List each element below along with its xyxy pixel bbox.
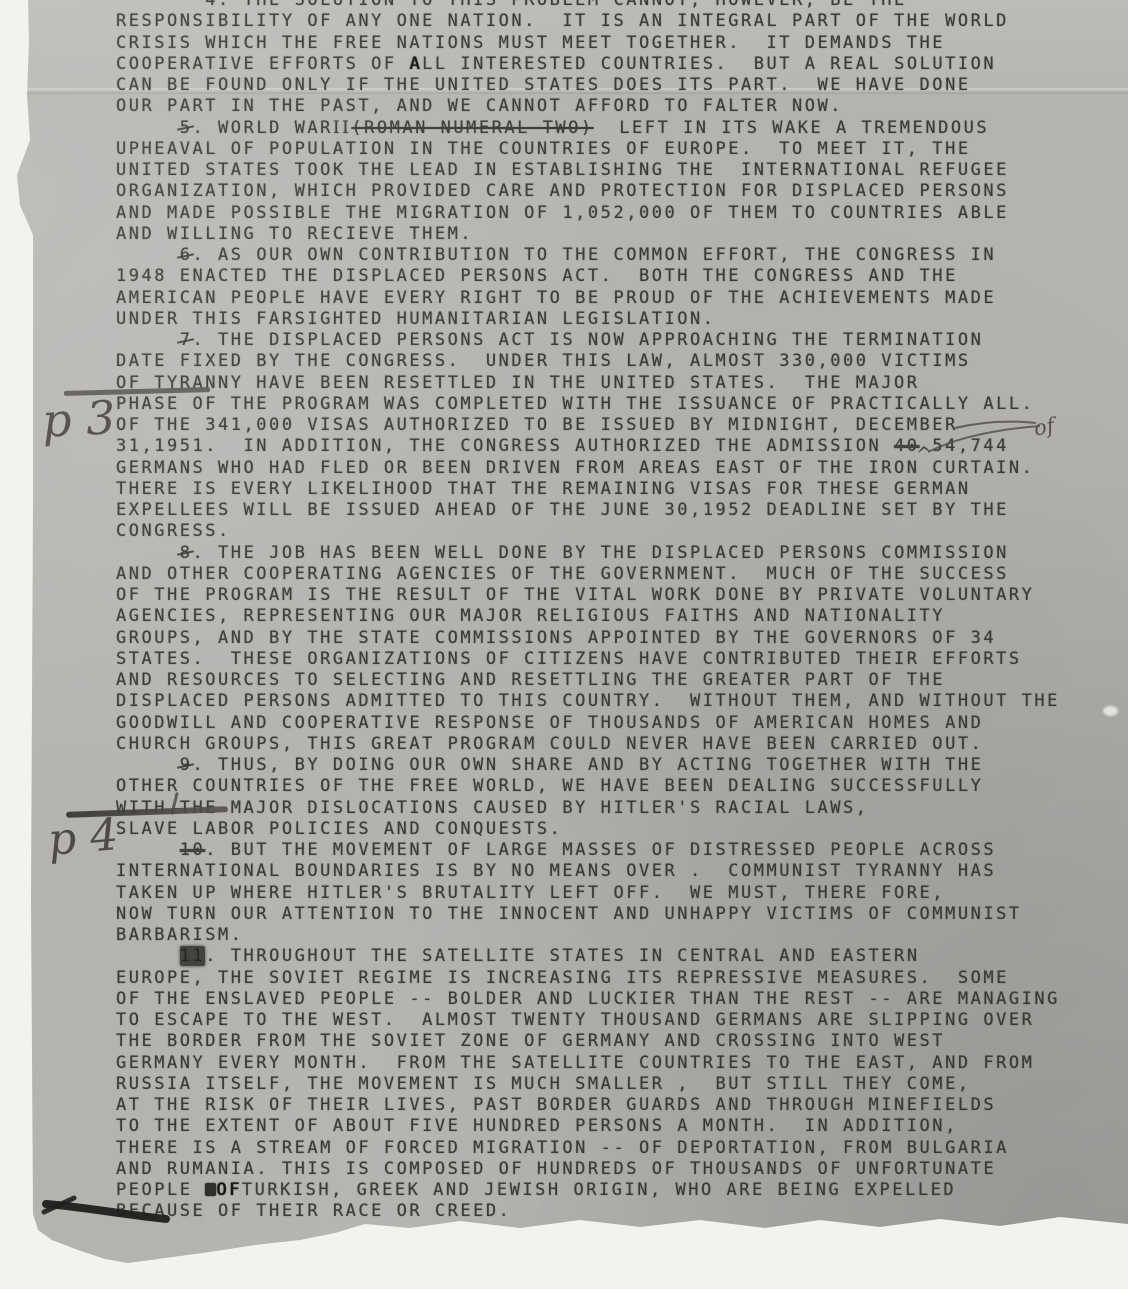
typed-text: TO THE EXTENT OF ABOUT FIVE HUNDRED PERS… — [116, 1116, 958, 1136]
typed-text: EXPELLEES WILL BE ISSUED AHEAD OF THE JU… — [116, 500, 1009, 520]
typed-line: CONGRESS. — [116, 521, 1060, 542]
typed-line: OF THE ENSLAVED PEOPLE -- BOLDER AND LUC… — [116, 989, 1060, 1010]
typed-text: BARBARISM. — [116, 925, 244, 945]
typed-line: THE BORDER FROM THE SOVIET ZONE OF GERMA… — [116, 1031, 1060, 1052]
typed-text-pslash: 8 — [180, 543, 193, 564]
document-page: 4. THE SOLUTION TO THIS PROBLEM CANNOT, … — [0, 0, 1128, 1289]
typed-text: TO ESCAPE TO THE WEST. ALMOST TWENTY THO… — [116, 1010, 1034, 1030]
typed-line: TO THE EXTENT OF ABOUT FIVE HUNDRED PERS… — [116, 1116, 1060, 1137]
typed-line: OUR PART IN THE PAST, AND WE CANNOT AFFO… — [116, 96, 1060, 117]
typed-line: AND WILLING TO RECIEVE THEM. — [116, 224, 1060, 245]
typed-line: UNDER THIS FARSIGHTED HUMANITARIAN LEGIS… — [116, 309, 1060, 330]
typed-text: . THE JOB HAS BEEN WELL DONE BY THE DISP… — [193, 543, 1009, 563]
typed-text: PHASE OF THE PROGRAM WAS COMPLETED WITH … — [116, 394, 1034, 414]
typed-text-blotnum: 11 — [180, 946, 206, 966]
typed-text-penstrike: 10 — [180, 840, 206, 860]
typed-line: THERE IS EVERY LIKELIHOOD THAT THE REMAI… — [116, 479, 1060, 500]
typed-text-pslash: 7 — [180, 330, 193, 351]
typed-line: AND MADE POSSIBLE THE MIGRATION OF 1,052… — [116, 203, 1060, 224]
typed-line: DATE FIXED BY THE CONGRESS. UNDER THIS L… — [116, 351, 1060, 372]
typed-text: DISPLACED PERSONS ADMITTED TO THIS COUNT… — [116, 691, 1060, 711]
typed-line: 6. AS OUR OWN CONTRIBUTION TO THE COMMON… — [116, 245, 1060, 266]
typed-text: UNITED STATES TOOK THE LEAD IN ESTABLISH… — [116, 160, 1009, 180]
typed-text: AND RESOURCES TO SELECTING AND RESETTLIN… — [116, 670, 945, 690]
typed-line: GOODWILL AND COOPERATIVE RESPONSE OF THO… — [116, 713, 1060, 734]
typed-text: AND MADE POSSIBLE THE MIGRATION OF 1,052… — [116, 203, 1009, 223]
typed-text: OF TYRANNY HAVE BEEN RESETTLED IN THE UN… — [116, 373, 920, 393]
typed-text-overtyped: OF — [216, 1180, 242, 1200]
typed-line: STATES. THESE ORGANIZATIONS OF CITIZENS … — [116, 649, 1060, 670]
typed-text: DATE FIXED BY THE CONGRESS. UNDER THIS L… — [116, 351, 971, 371]
typed-line: CAN BE FOUND ONLY IF THE UNITED STATES D… — [116, 75, 1060, 96]
typed-text: CONGRESS. — [116, 521, 231, 541]
typed-line: TO ESCAPE TO THE WEST. ALMOST TWENTY THO… — [116, 1010, 1060, 1031]
typed-line: AT THE RISK OF THEIR LIVES, PAST BORDER … — [116, 1095, 1060, 1116]
typed-text — [116, 330, 180, 350]
typed-text: AMERICAN PEOPLE HAVE EVERY RIGHT TO BE P… — [116, 288, 996, 308]
typed-line: 4. THE SOLUTION TO THIS PROBLEM CANNOT, … — [116, 0, 1060, 11]
typed-text-inkblot — [205, 1183, 216, 1196]
typed-line: BECAUSE OF THEIR RACE OR CREED. — [116, 1201, 1060, 1222]
typed-text — [116, 946, 180, 966]
typed-text: THERE IS A STREAM OF FORCED MIGRATION --… — [116, 1138, 1009, 1158]
typed-text — [116, 543, 180, 563]
typed-text: GERMANS WHO HAD FLED OR BEEN DRIVEN FROM… — [116, 458, 1034, 478]
typed-line: AGENCIES, REPRESENTING OUR MAJOR RELIGIO… — [116, 606, 1060, 627]
typed-line: 5. WORLD WARII(ROMAN NUMERAL TWO) LEFT I… — [116, 118, 1060, 139]
typed-text: THERE IS EVERY LIKELIHOOD THAT THE REMAI… — [116, 479, 971, 499]
typed-text: EUROPE, THE SOVIET REGIME IS INCREASING … — [116, 968, 1009, 988]
typed-text-strike: (ROMAN NUMERAL TWO) — [351, 118, 593, 138]
typed-line: GERMANY EVERY MONTH. FROM THE SATELLITE … — [116, 1053, 1060, 1074]
typed-text: PEOPLE — [116, 1180, 205, 1200]
typed-text: GOODWILL AND COOPERATIVE RESPONSE OF THO… — [116, 713, 983, 733]
typed-text: 31,1951. IN ADDITION, THE CONGRESS AUTHO… — [116, 436, 894, 456]
typed-text: LL INTERESTED COUNTRIES. BUT A REAL SOLU… — [422, 54, 996, 74]
typed-line: TAKEN UP WHERE HITLER'S BRUTALITY LEFT O… — [116, 883, 1060, 904]
typed-text: OUR PART IN THE PAST, AND WE CANNOT AFFO… — [116, 96, 843, 116]
typed-text: . WORLD WAR — [193, 118, 333, 138]
typed-text: AT THE RISK OF THEIR LIVES, PAST BORDER … — [116, 1095, 996, 1115]
typed-text: . THE DISPLACED PERSONS ACT IS NOW APPRO… — [193, 330, 984, 350]
typed-line: 8. THE JOB HAS BEEN WELL DONE BY THE DIS… — [116, 543, 1060, 564]
typed-text-pslash: 5 — [180, 118, 193, 139]
typed-text: CAN BE FOUND ONLY IF THE UNITED STATES D… — [116, 75, 971, 95]
typed-line: COOPERATIVE EFFORTS OF ALL INTERESTED CO… — [116, 54, 1060, 75]
typed-line: CRISIS WHICH THE FREE NATIONS MUST MEET … — [116, 33, 1060, 54]
typed-text: . BUT THE MOVEMENT OF LARGE MASSES OF DI… — [205, 840, 996, 860]
typed-line: RESPONSIBILITY OF ANY ONE NATION. IT IS … — [116, 11, 1060, 32]
typed-text — [116, 245, 180, 265]
typed-text: LEFT IN ITS WAKE A TREMENDOUS — [594, 118, 989, 138]
typed-text-overtyped: A — [409, 54, 422, 74]
typed-line: UNITED STATES TOOK THE LEAD IN ESTABLISH… — [116, 160, 1060, 181]
typed-text: COOPERATIVE EFFORTS OF — [116, 54, 409, 74]
typed-line: WITH THE MAJOR DISLOCATIONS CAUSED BY HI… — [116, 798, 1060, 819]
typed-line: SLAVE LABOR POLICIES AND CONQUESTS. — [116, 819, 1060, 840]
typed-text-pslash: 9 — [180, 755, 193, 776]
typed-line: 9. THUS, BY DOING OUR OWN SHARE AND BY A… — [116, 755, 1060, 776]
typed-text — [116, 840, 180, 860]
margin-note-p3: p 3 — [41, 394, 117, 444]
typed-text: GROUPS, AND BY THE STATE COMMISSIONS APP… — [116, 628, 996, 648]
typed-line: THERE IS A STREAM OF FORCED MIGRATION --… — [116, 1138, 1060, 1159]
inserted-word-of: of — [1032, 415, 1056, 439]
typed-text: BECAUSE OF THEIR RACE OR CREED. — [116, 1201, 511, 1221]
paper-tear-speck — [1103, 706, 1118, 716]
typed-line: OF THE 341,000 VISAS AUTHORIZED TO BE IS… — [116, 415, 1060, 436]
typed-text — [116, 118, 180, 138]
insertion-caret: ^ — [915, 443, 933, 464]
typed-text: CRISIS WHICH THE FREE NATIONS MUST MEET … — [116, 33, 945, 53]
typed-text: UNDER THIS FARSIGHTED HUMANITARIAN LEGIS… — [116, 309, 715, 329]
typed-text — [116, 755, 180, 775]
typed-text: OF THE ENSLAVED PEOPLE -- BOLDER AND LUC… — [116, 989, 1060, 1009]
typed-text: ORGANIZATION, WHICH PROVIDED CARE AND PR… — [116, 181, 1009, 201]
typed-line: RUSSIA ITSELF, THE MOVEMENT IS MUCH SMAL… — [116, 1074, 1060, 1095]
typed-line: OF THE PROGRAM IS THE RESULT OF THE VITA… — [116, 585, 1060, 606]
typed-text: STATES. THESE ORGANIZATIONS OF CITIZENS … — [116, 649, 1022, 669]
typed-line: 10. BUT THE MOVEMENT OF LARGE MASSES OF … — [116, 840, 1060, 861]
typed-text: . THUS, BY DOING OUR OWN SHARE AND BY AC… — [193, 755, 984, 775]
typed-text: GERMANY EVERY MONTH. FROM THE SATELLITE … — [116, 1053, 1034, 1073]
typed-line: OF TYRANNY HAVE BEEN RESETTLED IN THE UN… — [116, 373, 1060, 394]
typed-text: AGENCIES, REPRESENTING OUR MAJOR RELIGIO… — [116, 606, 945, 626]
typed-text: THE BORDER FROM THE SOVIET ZONE OF GERMA… — [116, 1031, 945, 1051]
typed-line: UPHEAVAL OF POPULATION IN THE COUNTRIES … — [116, 139, 1060, 160]
typed-line: PEOPLE OFTURKISH, GREEK AND JEWISH ORIGI… — [116, 1180, 1060, 1201]
typed-line: OTHER COUNTRIES OF THE FREE WORLD, WE HA… — [116, 776, 1060, 797]
typed-line: AND RUMANIA. THIS IS COMPOSED OF HUNDRED… — [116, 1159, 1060, 1180]
typed-text: 1948 ENACTED THE DISPLACED PERSONS ACT. … — [116, 266, 958, 286]
typed-text: AND WILLING TO RECIEVE THEM. — [116, 224, 473, 244]
typed-line: ORGANIZATION, WHICH PROVIDED CARE AND PR… — [116, 181, 1060, 202]
typed-text: RESPONSIBILITY OF ANY ONE NATION. IT IS … — [116, 11, 1009, 31]
typed-text: UPHEAVAL OF POPULATION IN THE COUNTRIES … — [116, 139, 971, 159]
typed-line: PHASE OF THE PROGRAM WAS COMPLETED WITH … — [116, 394, 1060, 415]
typed-text: . AS OUR OWN CONTRIBUTION TO THE COMMON … — [193, 245, 997, 265]
typed-text: OTHER COUNTRIES OF THE FREE WORLD, WE HA… — [116, 776, 983, 796]
typed-line: EUROPE, THE SOVIET REGIME IS INCREASING … — [116, 968, 1060, 989]
typed-text: 4. THE SOLUTION TO THIS PROBLEM CANNOT, … — [116, 0, 907, 10]
typed-line: AND OTHER COOPERATING AGENCIES OF THE GO… — [116, 564, 1060, 585]
typed-line: AND RESOURCES TO SELECTING AND RESETTLIN… — [116, 670, 1060, 691]
typed-text: OF THE 341,000 VISAS AUTHORIZED TO BE IS… — [116, 415, 958, 435]
typed-text: SLAVE LABOR POLICIES AND CONQUESTS. — [116, 819, 562, 839]
typed-text: TAKEN UP WHERE HITLER'S BRUTALITY LEFT O… — [116, 883, 945, 903]
typed-text: OF THE PROGRAM IS THE RESULT OF THE VITA… — [116, 585, 1034, 605]
margin-note-p4: p 4 — [46, 813, 120, 863]
typed-line: NOW TURN OUR ATTENTION TO THE INNOCENT A… — [116, 904, 1060, 925]
typed-text: CHURCH GROUPS, THIS GREAT PROGRAM COULD … — [116, 734, 983, 754]
typed-line: AMERICAN PEOPLE HAVE EVERY RIGHT TO BE P… — [116, 288, 1060, 309]
typed-text: NOW TURN OUR ATTENTION TO THE INNOCENT A… — [116, 904, 1022, 924]
typed-line: 7. THE DISPLACED PERSONS ACT IS NOW APPR… — [116, 330, 1060, 351]
typed-text: WITH THE MAJOR DISLOCATIONS CAUSED BY HI… — [116, 798, 869, 818]
typed-line: GROUPS, AND BY THE STATE COMMISSIONS APP… — [116, 628, 1060, 649]
typed-line: 1948 ENACTED THE DISPLACED PERSONS ACT. … — [116, 266, 1060, 287]
typed-line: EXPELLEES WILL BE ISSUED AHEAD OF THE JU… — [116, 500, 1060, 521]
typed-line: CHURCH GROUPS, THIS GREAT PROGRAM COULD … — [116, 734, 1060, 755]
typed-text: . THROUGHOUT THE SATELLITE STATES IN CEN… — [205, 946, 919, 966]
typed-text: RUSSIA ITSELF, THE MOVEMENT IS MUCH SMAL… — [116, 1074, 971, 1094]
typed-text-block: 4. THE SOLUTION TO THIS PROBLEM CANNOT, … — [116, 0, 1060, 1223]
typed-line: 11. THROUGHOUT THE SATELLITE STATES IN C… — [116, 946, 1060, 967]
typed-text-pslash: 6 — [180, 245, 193, 266]
typed-text: AND OTHER COOPERATING AGENCIES OF THE GO… — [116, 564, 1009, 584]
typed-text-roman: II — [333, 118, 351, 138]
typed-line: INTERNATIONAL BOUNDARIES IS BY NO MEANS … — [116, 861, 1060, 882]
typed-text: 54,744 — [920, 436, 1009, 456]
typed-line: BARBARISM. — [116, 925, 1060, 946]
typed-text: TURKISH, GREEK AND JEWISH ORIGIN, WHO AR… — [242, 1180, 956, 1200]
typed-line: DISPLACED PERSONS ADMITTED TO THIS COUNT… — [116, 691, 1060, 712]
typed-text: AND RUMANIA. THIS IS COMPOSED OF HUNDRED… — [116, 1159, 996, 1179]
typed-text: INTERNATIONAL BOUNDARIES IS BY NO MEANS … — [116, 861, 996, 881]
